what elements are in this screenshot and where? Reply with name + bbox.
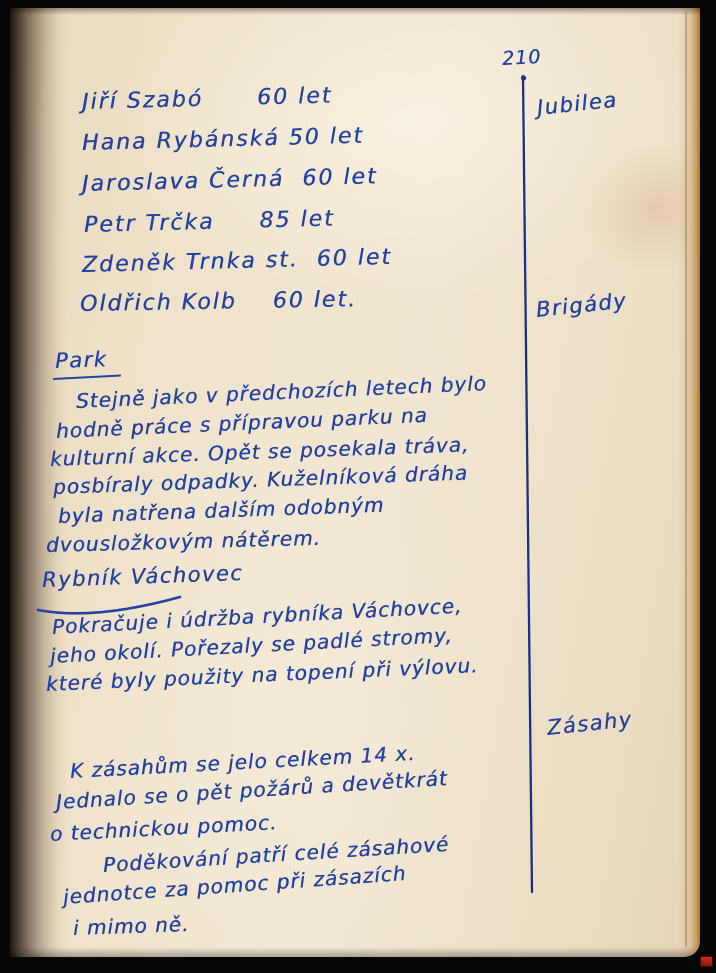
page-number: 210 <box>501 46 541 70</box>
page-edge <box>678 8 700 957</box>
rybnik-heading: Rybník Váchovec <box>42 561 244 592</box>
jubilee-line: Oldřich Kolb 60 let. <box>80 287 357 317</box>
margin-rule-dot <box>521 75 526 80</box>
top-shadow <box>10 8 700 15</box>
page-edge-line <box>685 12 687 947</box>
jubilee-line: Hana Rybánská 50 let <box>82 124 365 156</box>
jubilee-line: Petr Trčka 85 let <box>84 206 335 238</box>
park-line: byla natřena dalším odobným <box>58 493 385 528</box>
park-line: dvousložkovým nátěrem. <box>46 526 321 557</box>
jubilee-line: Jaroslava Černá 60 let <box>82 164 378 197</box>
park-heading: Park <box>55 347 108 373</box>
jubilee-line: Zdeněk Trnka st. 60 let <box>82 245 393 278</box>
margin-note-brigady: Brigády <box>535 289 628 322</box>
margin-note-zasahy: Zásahy <box>546 707 634 740</box>
zasahy-line: i mimo ně. <box>73 912 190 940</box>
zasahy-line: o technickou pomoc. <box>49 810 277 846</box>
margin-rule-line <box>523 76 532 892</box>
red-corner-marker <box>701 957 712 966</box>
jubilee-line: Jiří Szabó 60 let <box>82 83 333 115</box>
bottom-shadow <box>10 947 700 957</box>
document-page: 210 Jubilea Brigády Zásahy Jiří Szabó 60… <box>10 8 700 957</box>
margin-note-jubilea: Jubilea <box>536 88 619 120</box>
